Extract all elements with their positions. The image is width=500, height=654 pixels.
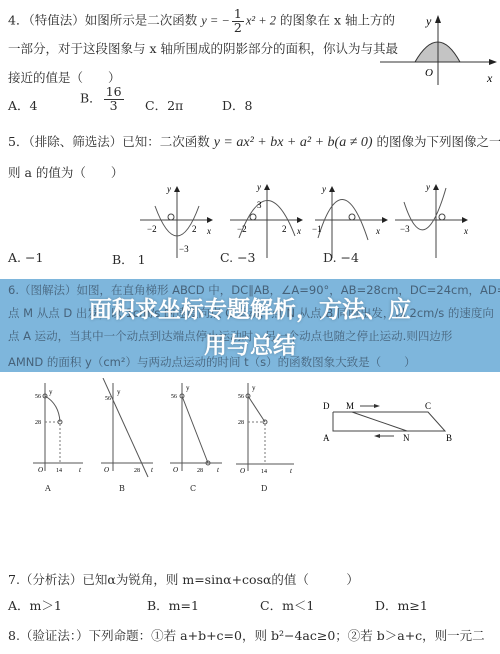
svg-text:x: x [206, 226, 211, 236]
q5-g2-label-3: 3 [257, 200, 262, 210]
q5-line1: 5．（排除、筛选法）已知：二次函数 y = ax² + bx + a² + b(… [8, 132, 500, 151]
q4-prefix: 4．（特值法）如图所示是二次函数 [8, 13, 197, 28]
q6-trapezoid-figure: D M C A N B [318, 395, 468, 445]
q4-line2: 一部分，对于这段图象与 x 轴所围成的阴影部分的面积，你认为与其最 [8, 39, 398, 57]
trapezoid-label-m: M [346, 401, 354, 411]
q4-x-label: x [486, 71, 493, 85]
q5-graph-2: y x 3 −2 2 [230, 182, 303, 258]
q6-graph-c: y 56 28 O t [170, 383, 222, 474]
q5-g1-label-neg2: −2 [147, 224, 157, 234]
svg-text:y: y [321, 184, 326, 194]
q5-suffix: 的图像为下列图像之一， [377, 134, 500, 149]
q4-formula-rest: x² + 2 [246, 14, 276, 28]
svg-text:y: y [186, 384, 190, 392]
svg-text:y: y [166, 184, 171, 194]
q4-parabola-figure: y x O [380, 0, 500, 100]
svg-text:O: O [240, 467, 245, 475]
q5-g1-label-neg3: −3 [179, 244, 189, 254]
q5-graph-3: y x −1 [312, 184, 388, 258]
q4-y-label: y [425, 14, 432, 28]
page-title: 面积求坐标专题解析，方法、应 用与总结 [0, 292, 500, 364]
svg-text:O: O [38, 466, 43, 474]
svg-text:y: y [425, 182, 430, 192]
page-title-line2: 用与总结 [0, 328, 500, 364]
svg-text:O: O [104, 466, 109, 474]
q6-graphs: y 56 28 14 O t y 56 28 O t y 56 28 O t [25, 378, 305, 478]
trapezoid-label-d: D [323, 401, 330, 411]
q8-text: 8.（验证法：）下列命题：①若 a+b+c=0，则 b²−4ac≥0；②若 b＞… [8, 626, 485, 644]
q5-prefix: 5．（排除、筛选法）已知：二次函数 [8, 134, 210, 149]
trapezoid-label-n: N [403, 433, 410, 443]
q5-graph-4: y x −3 [395, 182, 468, 258]
trapezoid-label-c: C [425, 401, 431, 411]
q4-line3: 接近的值是（ ） [8, 68, 121, 86]
page-title-line1: 面积求坐标专题解析，方法、应 [0, 292, 500, 328]
q5-option-a: A. −1 [8, 250, 43, 265]
svg-text:x: x [463, 226, 468, 236]
q5-g1-label-2: 2 [192, 224, 197, 234]
trapezoid-label-a: A [323, 433, 330, 443]
q5-g2-label-neg2: −2 [237, 224, 247, 234]
q4-option-b-fraction: 163 [104, 86, 124, 112]
q6-d-ytick-28: 28 [238, 420, 244, 426]
svg-text:y: y [256, 182, 261, 192]
q4-line1: 4．（特值法）如图所示是二次函数 y = −12x² + 2 的图象在 x 轴上… [8, 8, 395, 34]
q5-option-b: B． 1 [112, 250, 146, 268]
q5-option-d: D. −4 [323, 250, 359, 265]
q6-a-xtick-14: 14 [56, 468, 62, 474]
q4-option-c: C．2π [145, 96, 183, 114]
q6-a-ytick-28: 28 [35, 420, 41, 426]
q6-graph-b: y 56 28 O t [101, 378, 154, 477]
q6-c-xtick-28: 28 [197, 468, 203, 474]
q4-fraction: 12 [232, 8, 244, 34]
q5-g3-label-neg1: −1 [312, 224, 322, 234]
q7-option-c: C．m＜1 [260, 596, 314, 614]
q4-option-b: B．163 [80, 86, 126, 112]
q6-caption-d: D [261, 484, 267, 493]
q4-formula-y: y = − [201, 14, 230, 28]
q6-a-ytick-56: 56 [35, 394, 41, 400]
q4-option-a: A．4 [8, 96, 37, 114]
svg-text:t: t [217, 466, 220, 474]
svg-text:t: t [290, 467, 293, 475]
svg-text:x: x [375, 226, 380, 236]
q6-caption-a: A [45, 484, 51, 493]
q4-option-d: D．8 [222, 96, 252, 114]
q6-graph-d: y 56 28 14 O t [236, 383, 294, 475]
svg-text:y: y [252, 384, 256, 392]
q6-caption-b: B [119, 484, 125, 493]
svg-text:t: t [151, 466, 154, 474]
svg-text:x: x [296, 226, 301, 236]
q4-origin-label: O [425, 67, 433, 79]
q7-text: 7.（分析法）已知α为锐角，则 m=sinα+cosα的值（ ） [8, 570, 359, 588]
q4-frac-den: 2 [232, 22, 244, 35]
q5-graph-1: y x −2 2 −3 [140, 184, 213, 258]
q5-graphs: y x −2 2 −3 y x 3 −2 2 y x −1 y x −3 [135, 178, 475, 260]
q6-b-ytick-56: 56 [105, 396, 111, 402]
trapezoid-label-b: B [446, 433, 452, 443]
q5-g2-label-2: 2 [282, 224, 287, 234]
q6-caption-c: C [190, 484, 196, 493]
svg-text:O: O [173, 466, 178, 474]
q6-graph-a: y 56 28 14 O t [33, 383, 83, 474]
q7-option-b: B．m=1 [147, 596, 199, 614]
svg-text:t: t [79, 466, 82, 474]
q6-b-xtick-28: 28 [134, 468, 140, 474]
q6-d-xtick-14: 14 [261, 469, 267, 475]
q7-option-d: D．m≥1 [375, 596, 428, 614]
q7-option-a: A．m＞1 [8, 596, 62, 614]
q6-c-ytick-56: 56 [171, 394, 177, 400]
q5-line2: 则 a 的值为（ ） [8, 163, 123, 181]
q6-d-ytick-56: 56 [238, 394, 244, 400]
q4-suffix: 的图象在 x 轴上方的 [280, 13, 395, 28]
q4-option-b-label: B． [80, 91, 102, 106]
q5-formula: y = ax² + bx + a² + b(a ≠ 0) [214, 135, 373, 150]
svg-text:y: y [49, 388, 53, 396]
svg-text:y: y [117, 388, 121, 396]
q5-g4-label-neg3: −3 [400, 224, 410, 234]
q5-option-c: C. −3 [220, 250, 256, 265]
q4-option-b-den: 3 [104, 100, 124, 113]
